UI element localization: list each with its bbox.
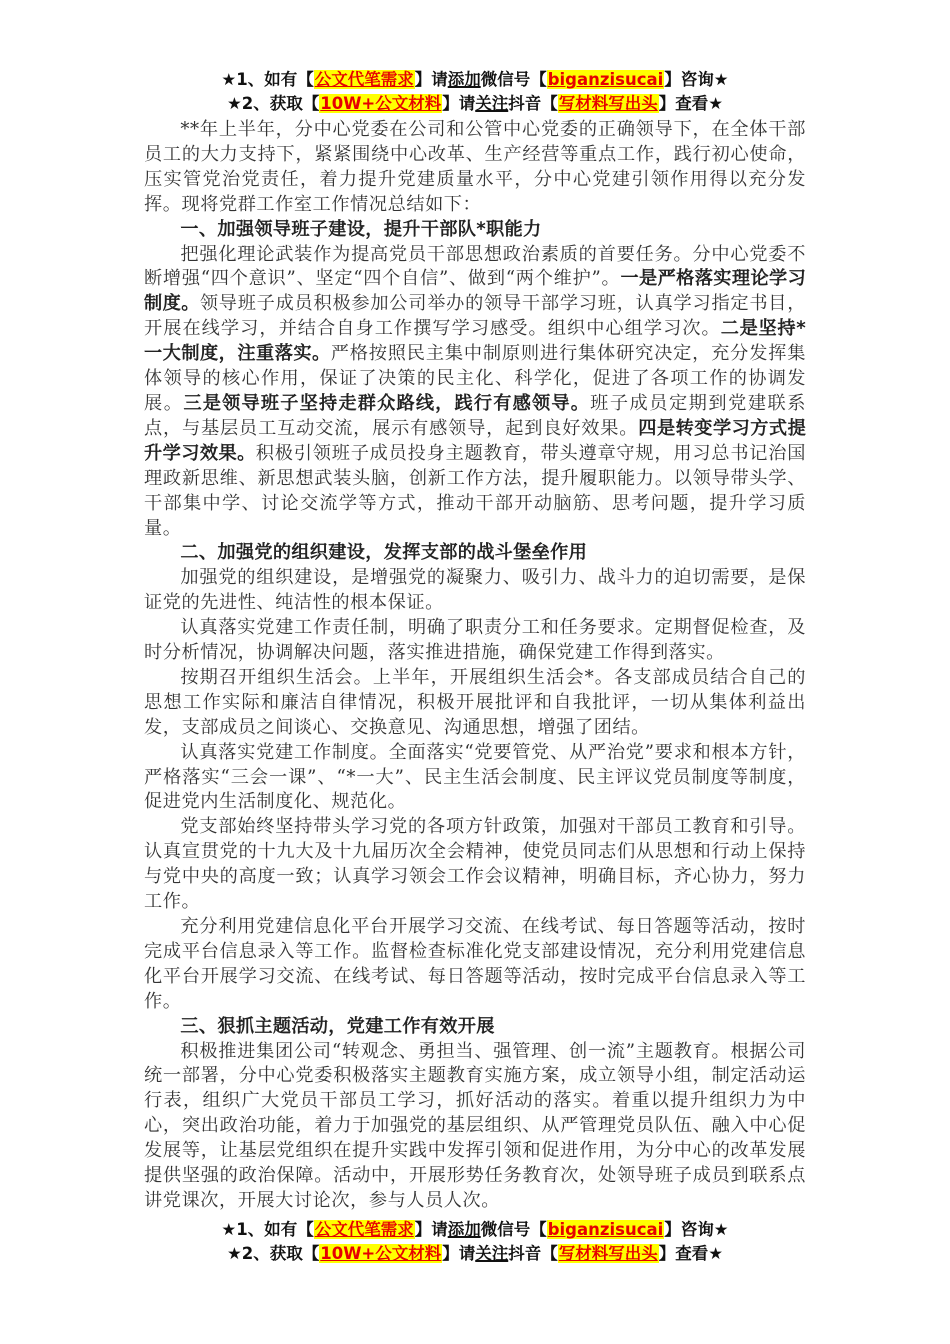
promo-text: 】请 xyxy=(442,1244,475,1263)
promo-underline-add: 添加 xyxy=(448,70,481,89)
promo-text: 】查看★ xyxy=(659,1244,723,1263)
promo-line-2: ★2、获取【10W+公文材料】请关注抖音【写材料写出头】查看★ xyxy=(144,1242,806,1266)
section-2-paragraph: 党支部始终坚持带头学习党的各项方针政策，加强对干部员工教育和引导。认真宣贯党的十… xyxy=(144,815,806,915)
promo-text: 微信号【 xyxy=(481,1220,547,1239)
promo-text: ★1、如有【 xyxy=(221,70,313,89)
promo-line-1: ★1、如有【公文代笔需求】请添加微信号【biganzisucai】咨询★ xyxy=(144,68,806,92)
promo-highlight-materials: 10W+公文材料 xyxy=(319,94,442,113)
promo-text: 】请 xyxy=(415,1220,448,1239)
promo-underline-follow: 关注 xyxy=(475,94,508,113)
promo-text: 微信号【 xyxy=(481,70,547,89)
section-1-paragraph: 把强化理论武装作为提高党员干部思想政治素质的首要任务。分中心党委不断增强“四个意… xyxy=(144,243,806,542)
promo-text: 抖音【 xyxy=(508,1244,558,1263)
promo-line-1: ★1、如有【公文代笔需求】请添加微信号【biganzisucai】咨询★ xyxy=(144,1218,806,1242)
promo-line-2: ★2、获取【10W+公文材料】请关注抖音【写材料写出头】查看★ xyxy=(144,92,806,116)
promo-text: 】咨询★ xyxy=(664,70,728,89)
promo-highlight-ghostwriting: 公文代笔需求 xyxy=(314,1220,415,1239)
promo-highlight-wechat-id: biganzisucai xyxy=(547,70,665,89)
promo-underline-add: 添加 xyxy=(448,1220,481,1239)
promo-text: 】请 xyxy=(442,94,475,113)
promo-text: 】咨询★ xyxy=(664,1220,728,1239)
promo-underline-follow: 关注 xyxy=(475,1244,508,1263)
section-3-paragraph: 积极推进集团公司“转观念、勇担当、强管理、创一流”主题教育。根据公司统一部署，分… xyxy=(144,1040,806,1214)
intro-paragraph: **年上半年，分中心党委在公司和公管中心党委的正确领导下，在全体干部员工的大力支… xyxy=(144,118,806,218)
promo-text: ★2、获取【 xyxy=(227,1244,319,1263)
promo-text: 】请 xyxy=(415,70,448,89)
promo-highlight-douyin: 写材料写出头 xyxy=(558,1244,659,1263)
promo-highlight-douyin: 写材料写出头 xyxy=(558,94,659,113)
promo-highlight-wechat-id: biganzisucai xyxy=(547,1220,665,1239)
section-2-paragraph: 认真落实党建工作制度。全面落实“党要管党、从严治党”要求和根本方针，严格落实“三… xyxy=(144,741,806,816)
bold-point-3: 三是领导班子坚持走群众路线，践行有感领导。 xyxy=(183,393,590,414)
section-2-paragraph: 认真落实党建工作责任制，明确了职责分工和任务要求。定期督促检查，及时分析情况，协… xyxy=(144,616,806,666)
promo-highlight-ghostwriting: 公文代笔需求 xyxy=(314,70,415,89)
section-1-heading: 一、加强领导班子建设，提升干部队*职能力 xyxy=(144,218,806,243)
promo-text: ★1、如有【 xyxy=(221,1220,313,1239)
body-text: 领导班子成员积极参加公司举办的领导干部学习班，认真学习指定书目，开展在线学习，并… xyxy=(144,293,806,339)
document-page: ★1、如有【公文代笔需求】请添加微信号【biganzisucai】咨询★ ★2、… xyxy=(144,68,806,1214)
section-2-paragraph: 按期召开组织生活会。上半年，开展组织生活会*。各支部成员结合自己的思想工作实际和… xyxy=(144,666,806,741)
promo-text: 抖音【 xyxy=(508,94,558,113)
promo-text: 】查看★ xyxy=(659,94,723,113)
section-3-heading: 三、狠抓主题活动，党建工作有效开展 xyxy=(144,1015,806,1040)
section-2-paragraph: 加强党的组织建设，是增强党的凝聚力、吸引力、战斗力的迫切需要，是保证党的先进性、… xyxy=(144,566,806,616)
promo-text: ★2、获取【 xyxy=(227,94,319,113)
section-2-paragraph: 充分利用党建信息化平台开展学习交流、在线考试、每日答题等活动，按时完成平台信息录… xyxy=(144,915,806,1015)
document-body: **年上半年，分中心党委在公司和公管中心党委的正确领导下，在全体干部员工的大力支… xyxy=(144,118,806,1214)
promo-footer: ★1、如有【公文代笔需求】请添加微信号【biganzisucai】咨询★ ★2、… xyxy=(144,1218,806,1266)
promo-highlight-materials: 10W+公文材料 xyxy=(319,1244,442,1263)
section-2-heading: 二、加强党的组织建设，发挥支部的战斗堡垒作用 xyxy=(144,541,806,566)
